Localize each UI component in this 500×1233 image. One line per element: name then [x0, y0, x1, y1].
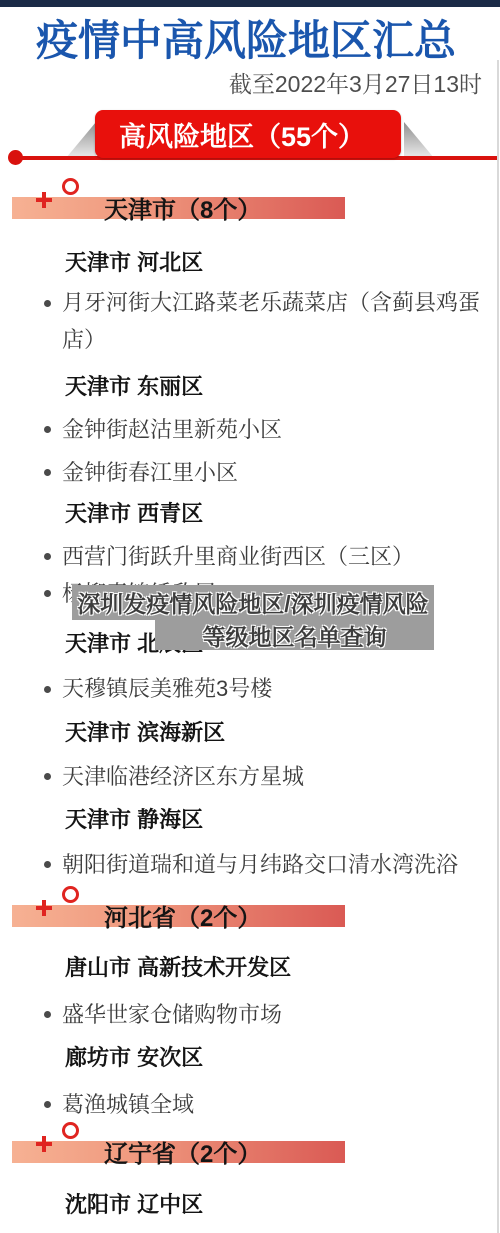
- group-heading: 天津市 河北区: [65, 246, 485, 277]
- bullet-dot: [44, 426, 51, 433]
- list-item: 金钟街赵沽里新苑小区: [62, 411, 492, 448]
- bullet-dot: [44, 1101, 51, 1108]
- list-item: 天穆镇辰美雅苑3号楼: [62, 670, 492, 707]
- ring-icon: [62, 1122, 79, 1139]
- watermark-line2-bg: 等级地区名单查询: [155, 620, 434, 650]
- ribbon-fold-left: [66, 122, 96, 158]
- bullet-dot: [44, 861, 51, 868]
- page-title: 疫情中高风险地区汇总: [36, 8, 476, 68]
- bullet-dot: [44, 590, 51, 597]
- section-title-liaoning: 辽宁省（2个）: [104, 1134, 261, 1169]
- list-item: 天津临港经济区东方星城: [62, 758, 492, 795]
- bullet-dot: [44, 300, 51, 307]
- plus-icon: [36, 900, 52, 916]
- list-item: 西营门街跃升里商业街西区（三区）: [62, 538, 492, 575]
- watermark-line2: 等级地区名单查询: [203, 619, 387, 652]
- watermark-line1-bg: 深圳发疫情风险地区/深圳疫情风险: [72, 585, 434, 620]
- list-item: 月牙河街大江路菜老乐蔬菜店（含蓟县鸡蛋店）: [62, 284, 492, 358]
- ring-icon: [62, 178, 79, 195]
- high-risk-banner: 高风险地区（55个）: [95, 110, 401, 158]
- list-item: 金钟街春江里小区: [62, 454, 492, 491]
- group-heading: 唐山市 高新技术开发区: [65, 951, 485, 982]
- group-heading: 廊坊市 安次区: [65, 1041, 485, 1072]
- infographic-page: 疫情中高风险地区汇总 截至2022年3月27日13时 高风险地区（55个） 天津…: [0, 0, 500, 1233]
- bullet-dot: [44, 773, 51, 780]
- list-item: 盛华世家仓储购物市场: [62, 996, 492, 1033]
- plus-icon: [36, 1136, 52, 1152]
- group-heading: 天津市 静海区: [65, 803, 485, 834]
- bullet-dot: [44, 469, 51, 476]
- divider-red-dot: [8, 150, 23, 165]
- plus-icon: [36, 192, 52, 208]
- watermark-line1: 深圳发疫情风险地区/深圳疫情风险: [77, 586, 428, 619]
- as-of-date: 截至2022年3月27日13时: [229, 66, 482, 99]
- ring-icon: [62, 886, 79, 903]
- group-heading: 天津市 西青区: [65, 497, 485, 528]
- section-title-hebei: 河北省（2个）: [104, 898, 261, 933]
- group-heading: 天津市 东丽区: [65, 370, 485, 401]
- right-edge-rule: [497, 60, 499, 1233]
- bullet-dot: [44, 686, 51, 693]
- bullet-dot: [44, 553, 51, 560]
- section-title-tianjin: 天津市（8个）: [104, 190, 261, 225]
- list-item: 葛渔城镇全域: [62, 1086, 492, 1123]
- group-heading: 天津市 滨海新区: [65, 716, 485, 747]
- top-navy-bar: [0, 0, 500, 7]
- bullet-dot: [44, 1011, 51, 1018]
- list-item: 朝阳街道瑞和道与月纬路交口清水湾洗浴: [62, 846, 492, 883]
- ribbon-fold-right: [404, 122, 434, 158]
- group-heading: 沈阳市 辽中区: [65, 1188, 485, 1219]
- high-risk-banner-label: 高风险地区（55个）: [95, 115, 365, 154]
